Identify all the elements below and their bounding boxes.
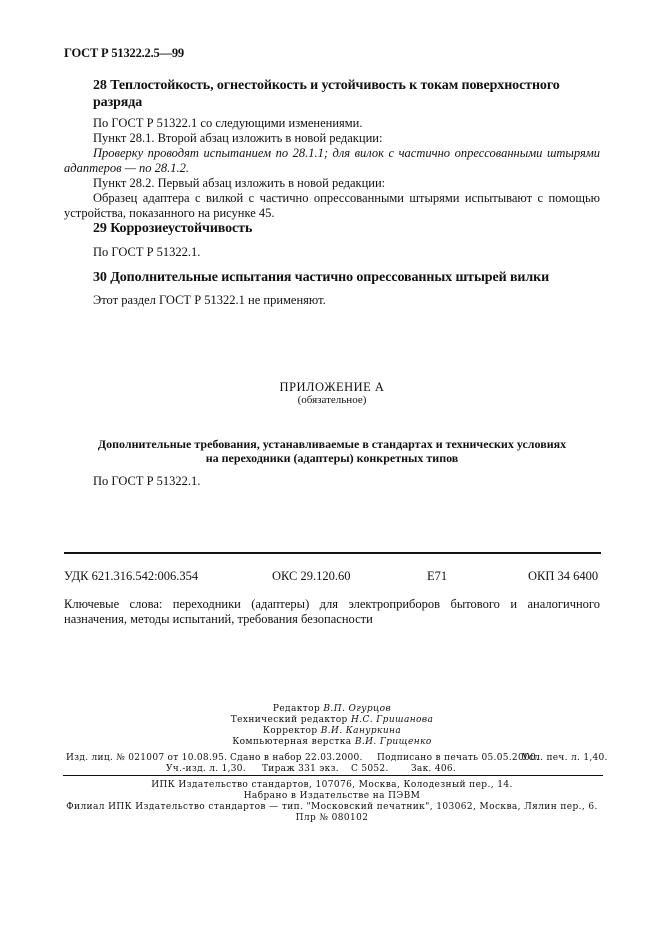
- keywords: Ключевые слова: переходники (адаптеры) д…: [64, 597, 600, 627]
- section-30-heading: 30 Дополнительные испытания частично опр…: [93, 270, 549, 286]
- imprint-publ-sheets: Уч.-изд. л. 1,30.: [166, 764, 246, 774]
- publisher-line3: Филиал ИПК Издательство стандартов — тип…: [64, 802, 600, 814]
- publisher-line1: ИПК Издательство стандартов, 107076, Мос…: [64, 780, 600, 792]
- appendix-body: По ГОСТ Р 51322.1.: [93, 474, 200, 489]
- credit-name: В.И. Грищенко: [355, 737, 432, 747]
- imprint-print-sheets: Усл. печ. л. 1,40.: [522, 753, 608, 763]
- section-28-para-3: Проверку проводят испытанием по 28.1.1; …: [64, 146, 600, 176]
- section-29-heading: 29 Коррозиеустойчивость: [93, 221, 252, 237]
- group-code: Е71: [427, 569, 447, 584]
- credit-role: Редактор: [273, 704, 320, 714]
- imprint-order: Зак. 406.: [411, 764, 456, 774]
- publisher-line4: Плр № 080102: [64, 813, 600, 825]
- oks-code: ОКС 29.120.60: [272, 569, 351, 584]
- section-28-para-4: Пункт 28.2. Первый абзац изложить в ново…: [93, 176, 385, 191]
- imprint-license: Изд. лиц. № 021007 от 10.08.95.: [66, 753, 227, 763]
- section-30-para-1: Этот раздел ГОСТ Р 51322.1 не применяют.: [93, 293, 326, 308]
- udk-code: УДК 621.316.542:006.354: [64, 569, 198, 584]
- credit-editor: Редактор В.П. Огурцов: [64, 704, 600, 716]
- credit-corrector: Корректор В.И. Кануркина: [64, 726, 600, 738]
- section-28-para-2: Пункт 28.1. Второй абзац изложить в ново…: [93, 131, 600, 146]
- credit-tech-editor: Технический редактор Н.С. Гришанова: [64, 715, 600, 727]
- appendix-status: (обязательное): [64, 394, 600, 406]
- imprint-submitted: Сдано в набор 22.03.2000.: [230, 753, 363, 763]
- section-28-heading-line1: 28 Теплостойкость, огнестойкость и устой…: [93, 78, 560, 94]
- imprint-signed: Подписано в печать 05.05.2000.: [377, 753, 539, 763]
- credit-role: Корректор: [263, 726, 318, 736]
- section-28-heading-line2: разряда: [93, 95, 142, 111]
- section-28-para-5: Образец адаптера с вилкой с частично опр…: [64, 191, 600, 221]
- imprint-copies: Тираж 331 экз.: [262, 764, 339, 774]
- credit-layout: Компьютерная верстка В.И. Грищенко: [64, 737, 600, 749]
- credit-role: Технический редактор: [231, 715, 348, 725]
- section-29-para-1: По ГОСТ Р 51322.1.: [93, 245, 200, 260]
- section-28-body: По ГОСТ Р 51322.1 со следующими изменени…: [93, 116, 600, 146]
- publisher-rule: [63, 775, 603, 776]
- appendix-title-line1: Дополнительные требования, устанавливаем…: [64, 437, 600, 452]
- credit-name: В.П. Огурцов: [323, 704, 391, 714]
- document-code: ГОСТ Р 51322.2.5—99: [64, 46, 184, 61]
- credit-name: Н.С. Гришанова: [351, 715, 433, 725]
- credit-name: В.И. Кануркина: [321, 726, 401, 736]
- credit-role: Компьютерная верстка: [232, 737, 351, 747]
- okp-code: ОКП 34 6400: [528, 569, 598, 584]
- publisher-line2: Набрано в Издательстве на ПЭВМ: [64, 791, 600, 803]
- section-28-para-1: По ГОСТ Р 51322.1 со следующими изменени…: [93, 116, 600, 131]
- imprint-c-number: С 5052.: [351, 764, 389, 774]
- appendix-label: ПРИЛОЖЕНИЕ А: [64, 380, 600, 395]
- appendix-title-line2: на переходники (адаптеры) конкретных тип…: [64, 451, 600, 466]
- classification-rule: [64, 552, 601, 554]
